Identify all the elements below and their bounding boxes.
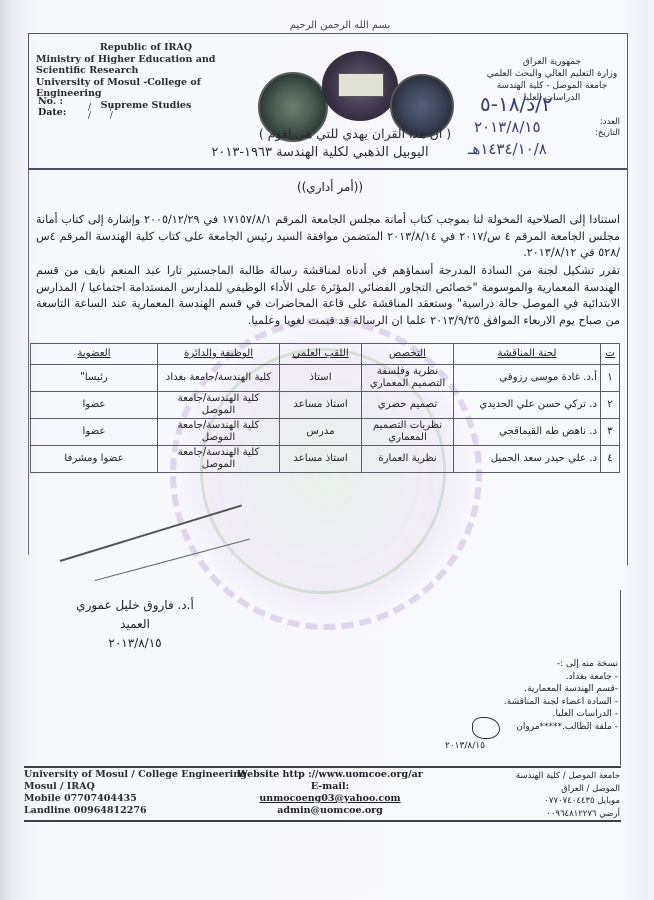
header-separator (28, 168, 627, 170)
department-label: Supreme Studies (36, 100, 256, 112)
col-header-membership: العضوية (31, 344, 158, 365)
member-rank: مدرس (280, 419, 362, 446)
member-name: د. علي حيدر سعد الجميل (454, 446, 601, 473)
member-position: كلية الهندسة/جامعة الموصل (158, 392, 280, 419)
ministry-seal-icon (322, 51, 398, 121)
col-header-position: الوظيفة والدائرة (158, 344, 280, 365)
footer-top-rule (24, 766, 621, 768)
lower-frame-right (620, 590, 621, 765)
footer-bottom-rule (24, 820, 621, 822)
body-frame-right (627, 170, 628, 565)
footer-arabic: جامعة الموصل / كلية الهندسة الموصل / الع… (480, 770, 620, 820)
copies-item: - جامعة بغداد. (440, 671, 618, 684)
republic-label-ar: جمهورية العراق (478, 56, 626, 68)
member-position: كلية الهندسة/جامعة بغداد (158, 365, 280, 392)
member-membership: عضوا (31, 419, 158, 446)
english-letterhead: Republic of IRAQ Ministry of Higher Educ… (36, 42, 256, 111)
motto: ( ان هذا القران يهدي للتي هي اقوم ) (220, 126, 490, 141)
footer-english: University of Mosul / College Engineerin… (24, 769, 247, 817)
initials-signature-icon (472, 717, 500, 739)
member-specialty: نظرية وفلسفة التصميم المعماري (362, 365, 454, 392)
email-link-yahoo[interactable]: unmocoeng03@yahoo.com (230, 793, 430, 805)
dean-date: ٢٠١٣/٨/١٥ (70, 634, 200, 653)
member-specialty: نظريات التصميم المعماري (362, 419, 454, 446)
member-rank: استاذ مساعد (280, 392, 362, 419)
member-name: د. تركي حسن علي الحديدي (454, 392, 601, 419)
university-label: University of Mosul -College of Engineer… (36, 77, 256, 100)
copies-heading: نسخة منه إلى :- (440, 658, 618, 671)
order-title: ((أمر أداري)) (250, 180, 410, 194)
member-membership: عضوا (31, 392, 158, 419)
table-row: ١ أ.د. غادة موسى رزوقي نظرية وفلسفة التص… (31, 365, 620, 392)
website-link[interactable]: Website http ://www.uomcoe.org/ar (230, 769, 430, 781)
table-header-row: ت لجنة المناقشة التخصص اللقب العلمي الوظ… (31, 344, 620, 365)
open-book-icon (338, 73, 384, 97)
basmala: بسم الله الرحمن الرحيم (250, 20, 430, 31)
jubilee-banner: اليوبيل الذهبي لكلية الهندسة ١٩٦٣-٢٠١٣ (170, 145, 470, 160)
university-label-ar: جامعة الموصل - كلية الهندسة (478, 80, 626, 92)
table-row: ٣ د. ناهض طه القيماقجي نظريات التصميم ال… (31, 419, 620, 446)
copies-list: نسخة منه إلى :- - جامعة بغداد. -قسم الهن… (440, 658, 618, 733)
col-header-index: ت (601, 344, 620, 365)
order-paragraph-decision: تقرر تشكيل لجنة من السادة المدرجة أسماؤه… (36, 263, 620, 329)
no-label: No. : (38, 96, 66, 107)
committee-table: ت لجنة المناقشة التخصص اللقب العلمي الوظ… (30, 343, 620, 473)
copies-item: - ملفة الطالب.*****مروان (440, 721, 618, 734)
copies-item: - السادة اعضاء لجنة المناقشة. (440, 696, 618, 709)
handwritten-number: ٢/د/١٨-٥ (480, 92, 553, 116)
email-link-admin[interactable]: admin@uomcoe.org (230, 805, 430, 817)
member-name: د. ناهض طه القيماقجي (454, 419, 601, 446)
member-rank: استاذ (280, 365, 362, 392)
table-row: ٤ د. علي حيدر سعد الجميل نظرية العمارة ا… (31, 446, 620, 473)
col-header-rank: اللقب العلمي (280, 344, 362, 365)
republic-label: Republic of IRAQ (36, 42, 256, 54)
member-specialty: تصميم حضري (362, 392, 454, 419)
member-rank: استاذ مساعد (280, 446, 362, 473)
col-header-specialty: التخصص (362, 344, 454, 365)
footer-contact: Website http ://www.uomcoe.org/ar E-mail… (230, 769, 430, 817)
member-specialty: نظرية العمارة (362, 446, 454, 473)
member-position: كلية الهندسة/جامعة الموصل (158, 419, 280, 446)
dean-title: العميد (70, 615, 200, 634)
date-slashes: / / / / (88, 104, 121, 120)
copies-item: -قسم الهندسة المعمارية. (440, 683, 618, 696)
header-frame-top (28, 33, 627, 34)
member-position: كلية الهندسة/جامعة الموصل (158, 446, 280, 473)
copies-item: - الدراسات العليا. (440, 708, 618, 721)
handwritten-hijri-date: ١٤٣٤/١٠/٨هـ (468, 140, 547, 158)
copies-date: ٢٠١٣/٨/١٥ (445, 741, 485, 751)
member-membership: عضوا ومشرفا (31, 446, 158, 473)
english-no-date: No. : Date: (38, 96, 66, 118)
member-membership: رئيسا" (31, 365, 158, 392)
order-paragraph-reference: استنادا إلى الصلاحية المخولة لنا بموجب ك… (36, 212, 620, 262)
table-row: ٢ د. تركي حسن علي الحديدي تصميم حضري است… (31, 392, 620, 419)
dean-name: أ.د. فاروق خليل عموري (70, 596, 200, 615)
date-label-ar: التاريخ: (540, 128, 620, 139)
col-header-name: لجنة المناقشة (454, 344, 601, 365)
body-frame-left (28, 170, 29, 555)
arabic-no-date: العدد: التاريخ: (540, 117, 620, 139)
email-label: E-mail: (230, 781, 430, 793)
ministry-label: Ministry of Higher Education and Scienti… (36, 54, 256, 77)
member-name: أ.د. غادة موسى رزوقي (454, 365, 601, 392)
no-label-ar: العدد: (540, 117, 620, 128)
date-label: Date: (38, 107, 66, 118)
dean-signature-block: أ.د. فاروق خليل عموري العميد ٢٠١٣/٨/١٥ (70, 596, 200, 653)
ministry-label-ar: وزارة التعليم العالي والبحث العلمي (478, 68, 626, 80)
